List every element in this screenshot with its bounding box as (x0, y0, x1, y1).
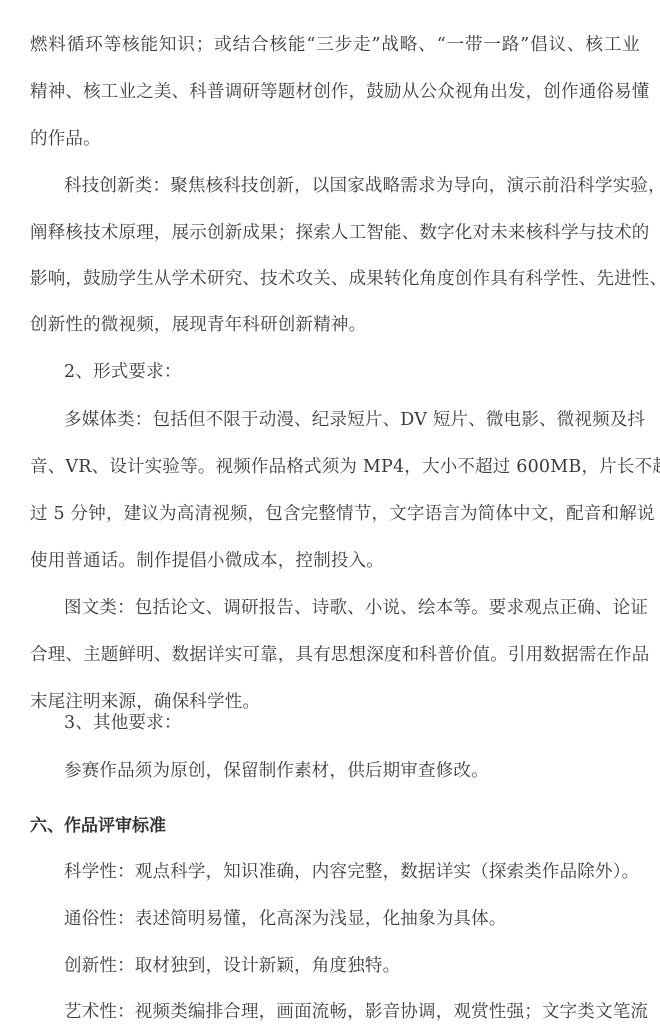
document-page: 燃料循环等核能知识；或结合核能“三步走”战略、“一带一路”倡议、核工业 精神、核… (0, 0, 660, 1035)
paragraph-line: 末尾注明来源，确保科学性。 (30, 691, 640, 713)
paragraph-line: 过 5 分钟，建议为高清视频，包含完整情节，文字语言为简体中文，配音和解说 (30, 503, 640, 525)
subsection-title: 2、形式要求： (64, 361, 660, 383)
paragraph-line: 影响，鼓励学生从学术研究、技术攻关、成果转化角度创作具有科学性、先进性、 (30, 268, 640, 290)
paragraph-line: 音、VR、设计实验等。视频作品格式须为 MP4，大小不超过 600MB，片长不超 (30, 456, 640, 478)
criteria-item-artistic: 艺术性：视频类编排合理，画面流畅，影音协调，观赏性强；文字类文笔流 (64, 1001, 640, 1023)
paragraph-line: 合理、主题鲜明、数据详实可靠，具有思想深度和科普价值。引用数据需在作品 (30, 644, 640, 666)
paragraph-line: 参赛作品须为原创，保留制作素材，供后期审查修改。 (64, 760, 660, 782)
paragraph-line: 燃料循环等核能知识；或结合核能“三步走”战略、“一带一路”倡议、核工业 (30, 34, 640, 56)
paragraph-line: 科技创新类：聚焦核科技创新，以国家战略需求为导向，演示前沿科学实验， (64, 175, 640, 197)
paragraph-line: 的作品。 (30, 128, 640, 150)
criteria-item-innovative: 创新性：取材独到，设计新颖，角度独特。 (64, 955, 660, 977)
criteria-item-popular: 通俗性：表述简明易懂，化高深为浅显，化抽象为具体。 (64, 908, 660, 930)
paragraph-line: 多媒体类：包括但不限于动漫、纪录短片、DV 短片、微电影、微视频及抖 (64, 409, 640, 431)
section-heading: 六、作品评审标准 (30, 815, 166, 837)
subsection-title: 3、其他要求： (64, 712, 660, 734)
paragraph-line: 精神、核工业之美、科普调研等题材创作，鼓励从公众视角出发，创作通俗易懂 (30, 81, 640, 103)
paragraph-line: 使用普通话。制作提倡小微成本，控制投入。 (30, 550, 640, 572)
paragraph-line: 创新性的微视频，展现青年科研创新精神。 (30, 314, 640, 336)
paragraph-line: 图文类：包括论文、调研报告、诗歌、小说、绘本等。要求观点正确、论证 (64, 597, 640, 619)
criteria-item-scientific: 科学性：观点科学，知识准确，内容完整，数据详实（探索类作品除外）。 (64, 861, 660, 883)
paragraph-line: 阐释核技术原理，展示创新成果；探索人工智能、数字化对未来核科学与技术的 (30, 222, 640, 244)
